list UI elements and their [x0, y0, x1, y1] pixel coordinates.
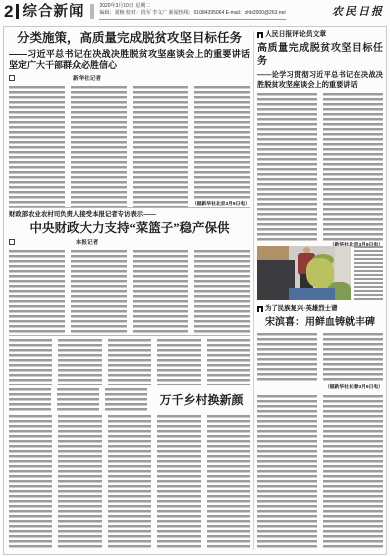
- article-village-renewal: 万千乡村换新颜: [9, 339, 250, 548]
- body-text-column: [108, 339, 151, 385]
- body-text-column: [58, 415, 101, 548]
- section-title: 综合新闻: [22, 0, 84, 21]
- body-text-column: [9, 339, 52, 385]
- body-text-column: [257, 93, 317, 241]
- photo-wall: [335, 246, 351, 284]
- body-text-column: [157, 415, 200, 548]
- body-text-column: [257, 395, 317, 548]
- body-text-column: [323, 395, 383, 548]
- article5-body-band-top: [9, 339, 250, 385]
- body-text-column: [133, 86, 189, 208]
- article2-kicker: 人民日报评论员文章: [265, 31, 326, 39]
- article-vegetable-basket: 财政部农业农村司负责人接受本报记者专访表示—— 中央财政大力支持“菜篮子”稳产保…: [9, 211, 250, 333]
- body-text-column: [9, 388, 51, 412]
- article2-body-columns: [257, 93, 383, 241]
- article3-byline: 本报记者: [9, 238, 159, 246]
- article1-byline-text: 新华社记者: [15, 74, 159, 82]
- body-text-column: [194, 86, 250, 208]
- photo-celery-bundle: [306, 258, 334, 288]
- date-line: 2020年3月10日 星期二: [99, 3, 285, 10]
- content-frame: 分类施策，高质量完成脱贫攻坚目标任务 ——习近平总书记在决战决胜脱贫攻坚座谈会上…: [3, 26, 387, 555]
- body-text-column: [207, 339, 250, 385]
- page-header: 2 综合新闻 2020年3月10日 星期二 编辑：刘婉 校对：段军 李文广 新闻…: [0, 0, 390, 24]
- news-photo-vegetable-truck: [257, 246, 351, 300]
- article-divider: [9, 207, 250, 208]
- body-text-column: [157, 339, 200, 385]
- newspaper-page: 2 综合新闻 2020年3月10日 星期二 编辑：刘婉 校对：段军 李文广 新闻…: [0, 0, 390, 556]
- body-text-column: [9, 415, 52, 548]
- article5-headline: 万千乡村换新颜: [153, 393, 250, 408]
- article5-right-continuation: [257, 395, 383, 548]
- article-poverty-goals: 分类施策，高质量完成脱贫攻坚目标任务 ——习近平总书记在决战决胜脱贫攻坚座谈会上…: [9, 31, 250, 208]
- article3-byline-text: 本报记者: [15, 238, 159, 246]
- article2-headline: 高质量完成脱贫攻坚目标任务: [257, 42, 383, 68]
- article3-headline: 中央财政大力支持“菜篮子”稳产保供: [9, 221, 250, 236]
- photo-block: [257, 246, 383, 300]
- staff-line: 编辑：刘婉 校对：段军 李文广 新闻热线：01084395064 E-mail：…: [99, 10, 285, 20]
- column-flag-icon: [257, 306, 263, 312]
- body-text-column: [57, 388, 99, 412]
- body-text-column: [71, 250, 127, 333]
- header-divider: [90, 4, 94, 19]
- article1-subtitle: ——习近平总书记在决战决胜脱贫攻坚座谈会上的重要讲话坚定广大干部群众必胜信心: [9, 49, 250, 71]
- body-text-column: [323, 333, 383, 383]
- body-text-column: [133, 250, 189, 333]
- article-martyr-tribute: 为了民族复兴·英雄烈士谱 宋滨喜：用鲜血铸就丰碑 （据新华社长春3月9日电）: [257, 305, 383, 391]
- body-text-column: [257, 333, 317, 383]
- body-text-column: [194, 250, 250, 333]
- article3-body-columns: [9, 250, 250, 333]
- body-text-column: [58, 339, 101, 385]
- body-text-column: [105, 388, 147, 412]
- article4-kicker-row: 为了民族复兴·英雄烈士谱: [257, 305, 383, 313]
- article2-kicker-row: 人民日报评论员文章: [257, 31, 383, 39]
- article1-byline: 新华社记者: [9, 74, 159, 82]
- article5-headline-band-text: [9, 388, 147, 412]
- article1-headline: 分类施策，高质量完成脱贫攻坚目标任务: [9, 31, 250, 46]
- article-divider: [9, 335, 250, 336]
- article5-headline-band: 万千乡村换新颜: [9, 388, 250, 412]
- article3-kicker: 财政部农业农村司负责人接受本报记者专访表示——: [9, 211, 250, 219]
- body-text-column: [9, 86, 65, 208]
- page-number: 2: [0, 0, 15, 22]
- body-text-column: [323, 93, 383, 241]
- main-column-rule: [253, 31, 254, 550]
- article1-body-columns: （据新华社北京3月9日电）: [9, 86, 250, 208]
- body-text-column: [108, 415, 151, 548]
- body-text-column: [9, 250, 65, 333]
- article4-headline: 宋滨喜：用鲜血铸就丰碑: [257, 316, 383, 329]
- photo-blue-tarp: [289, 288, 335, 300]
- masthead-logo: 农民日报: [332, 0, 390, 19]
- article2-subtitle: ——论学习贯彻习近平总书记在决战决胜脱贫攻坚座谈会上的重要讲话: [257, 70, 383, 89]
- body-text-column: [207, 415, 250, 548]
- article4-attribution: （据新华社长春3月9日电）: [257, 385, 383, 391]
- body-text-column: [71, 86, 127, 208]
- article4-body-columns: [257, 333, 383, 383]
- photo-caption: [354, 246, 383, 300]
- article5-body-band-bottom: [9, 415, 250, 548]
- page-number-divider: [16, 4, 19, 19]
- column-flag-icon: [257, 32, 263, 38]
- article-peoples-daily-commentary: 人民日报评论员文章 高质量完成脱贫攻坚目标任务 ——论学习贯彻习近平总书记在决战…: [257, 31, 383, 249]
- header-meta: 2020年3月10日 星期二 编辑：刘婉 校对：段军 李文广 新闻热线：0108…: [99, 0, 285, 20]
- article4-kicker: 为了民族复兴·英雄烈士谱: [265, 305, 337, 313]
